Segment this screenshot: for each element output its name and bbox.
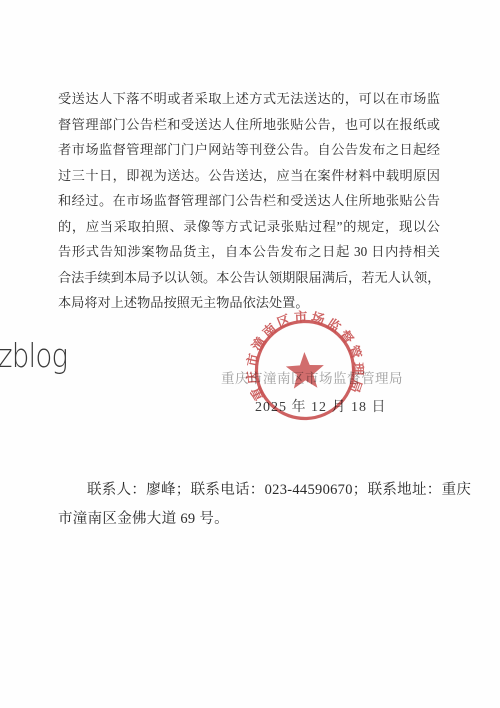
paragraph-line: 和经过。在市场监督管理部门公告栏和受送达人住所地张贴公告 (58, 188, 440, 214)
paragraph-line: 督管理部门公告栏和受送达人住所地张贴公告，也可以在报纸或 (58, 112, 440, 138)
announcement-paragraph: 受送达人下落不明或者采取上述方式无法送达的，可以在市场监 督管理部门公告栏和受送… (58, 86, 440, 316)
official-seal: 重庆市潼南区市场监督管理局 (243, 308, 367, 432)
contact-line: 联系人：廖峰；联系电话：023-44590670；联系地址：重庆 (58, 476, 458, 505)
seal-star-icon (285, 351, 324, 389)
paragraph-line: 受送达人下落不明或者采取上述方式无法送达的，可以在市场监 (58, 86, 440, 112)
paragraph-line: 者市场监督管理部门门户网站等刊登公告。自公告发布之日起经 (58, 137, 440, 163)
site-watermark: zblog (0, 336, 67, 375)
contact-block: 联系人：廖峰；联系电话：023-44590670；联系地址：重庆 市潼南区金佛大… (58, 476, 458, 534)
paragraph-line: 告形式告知涉案物品货主，自本公告发布之日起 30 日内持相关 (58, 239, 440, 265)
announcement-document: 受送达人下落不明或者采取上述方式无法送达的，可以在市场监 督管理部门公告栏和受送… (0, 0, 500, 708)
contact-line: 市潼南区金佛大道 69 号。 (58, 505, 458, 534)
paragraph-line: 过三十日，即视为送达。公告送达，应当在案件材料中载明原因 (58, 163, 440, 189)
paragraph-line: 合法手续到本局予以认领。本公告认领期限届满后，若无人认领， (58, 265, 440, 291)
paragraph-line: 的，应当采取拍照、录像等方式记录张贴过程”的规定，现以公 (58, 214, 440, 240)
